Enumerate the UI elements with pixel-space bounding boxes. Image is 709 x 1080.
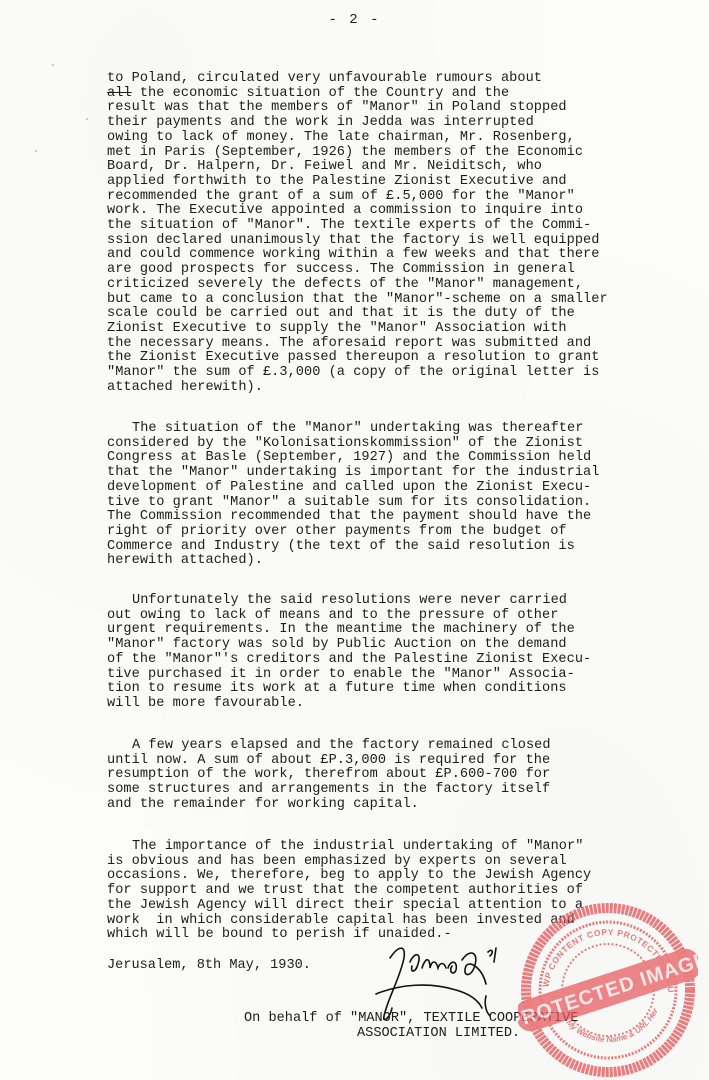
text-line: the necessary means. The aforesaid repor… (107, 337, 608, 352)
text-line: but came to a conclusion that the "Manor… (107, 293, 608, 308)
date-line: Jerusalem, 8th May, 1930. (107, 958, 311, 973)
text-line: that the "Manor" undertaking is importan… (107, 466, 599, 481)
paper-speck (690, 980, 692, 982)
text-line: owing to lack of money. The late chairma… (107, 131, 608, 146)
page-number: - 2 - (0, 12, 709, 28)
text-line: Unfortunately the said resolutions were … (107, 594, 591, 609)
text-line: of the "Manor"'s creditors and the Pales… (107, 653, 591, 668)
text-line: and the remainder for working capital. (107, 798, 551, 813)
text-line: development of Palestine and called upon… (107, 481, 599, 496)
text-line: and could commence working within a few … (107, 248, 608, 263)
text-line: work. The Executive appointed a commissi… (107, 204, 608, 219)
paragraph-3: Unfortunately the said resolutions were … (107, 594, 591, 712)
paragraph-4: A few years elapsed and the factory rema… (107, 739, 551, 813)
text-line: the Zionist Executive passed thereupon a… (107, 351, 608, 366)
text-line: the situation of "Manor". The textile ex… (107, 219, 608, 234)
text-line: tive to grant "Manor" a suitable sum for… (107, 496, 599, 511)
text-line: scale could be carried out and that it i… (107, 307, 608, 322)
text-line: to Poland, circulated very unfavourable … (107, 72, 608, 87)
text-line: occasions. We, therefore, beg to apply t… (107, 869, 591, 884)
text-line: some structures and arrangements in the … (107, 783, 551, 798)
text-line: attached herewith). (107, 381, 608, 396)
text-line: result was that the members of "Manor" i… (107, 101, 608, 116)
text-line: "Manor" the sum of £.3,000 (a copy of th… (107, 366, 608, 381)
text-line: ssion declared unanimously that the fact… (107, 234, 608, 249)
paper-speck (35, 150, 37, 152)
text-line: A few years elapsed and the factory rema… (107, 739, 551, 754)
text-line: Board, Dr. Halpern, Dr. Feiwel and Mr. N… (107, 160, 608, 175)
text-line: "Manor" factory was sold by Public Aucti… (107, 638, 591, 653)
text-line: out owing to lack of means and to the pr… (107, 609, 591, 624)
text-line: are good prospects for success. The Comm… (107, 263, 608, 278)
struck-word: all (107, 86, 132, 101)
text-line: right of priority over other payments fr… (107, 525, 599, 540)
document-page: - 2 - to Poland, circulated very unfavou… (0, 0, 709, 1080)
paper-speck (52, 64, 54, 66)
protected-image-watermark: WP CONTENT COPY PROTECTION PLUGIN My Web… (518, 900, 698, 1080)
text-line: resumption of the work, therefrom about … (107, 768, 551, 783)
paper-speck (86, 118, 88, 120)
paragraph-2: The situation of the "Manor" undertaking… (107, 422, 599, 569)
text-line: applied forthwith to the Palestine Zioni… (107, 175, 608, 190)
text-line: recommended the grant of a sum of £.5,00… (107, 190, 608, 205)
text-line: herewith attached). (107, 554, 599, 569)
text-line: until now. A sum of about £P.3,000 is re… (107, 754, 551, 769)
text-line: met in Paris (September, 1926) the membe… (107, 146, 608, 161)
text-line: tive purchased it in order to enable the… (107, 668, 591, 683)
paragraph-1: to Poland, circulated very unfavourable … (107, 72, 608, 395)
text-line: The importance of the industrial underta… (107, 840, 591, 855)
text-line: for support and we trust that the compet… (107, 884, 591, 899)
text-line: will be more favourable. (107, 697, 591, 712)
text-line: The situation of the "Manor" undertaking… (107, 422, 599, 437)
text-line: is obvious and has been emphasized by ex… (107, 855, 591, 870)
text-line: Commerce and Industry (the text of the s… (107, 540, 599, 555)
text-line: Congress at Basle (September, 1927) and … (107, 451, 599, 466)
text-line: criticized severely the defects of the "… (107, 278, 608, 293)
text-line: urgent requirements. In the meantime the… (107, 623, 591, 638)
text-line: tion to resume its work at a future time… (107, 682, 591, 697)
text-line: Zionist Executive to supply the "Manor" … (107, 322, 608, 337)
text-line: their payments and the work in Jedda was… (107, 116, 608, 131)
text-line: all the economic situation of the Countr… (107, 87, 608, 102)
text-line: considered by the "Kolonisationskommissi… (107, 437, 599, 452)
text-line: The Commission recommended that the paym… (107, 510, 599, 525)
